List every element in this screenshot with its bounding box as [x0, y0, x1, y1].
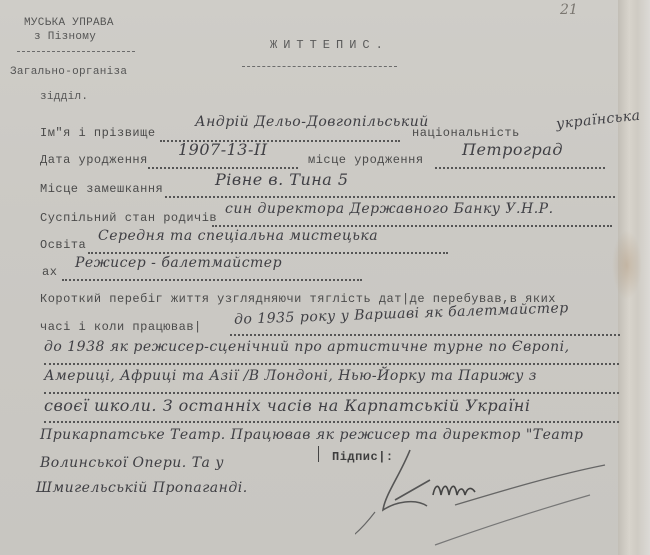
biography-line: до 1938 як режисер-сценічний про артисти… — [44, 339, 570, 355]
field-label-residence: Місце замешкання — [40, 182, 163, 196]
fill-line — [44, 392, 619, 394]
fill-line — [148, 167, 298, 169]
field-value-profession: Режисер - балетмайстер — [75, 255, 282, 271]
field-label-parents-status: Суспільний стан родичів — [40, 211, 217, 225]
fill-line — [62, 279, 362, 281]
biography-line: Америці, Африці та Азії /В Лондоні, Нью-… — [44, 368, 537, 384]
field-value-education: Середня та спеціальна мистецька — [98, 228, 378, 244]
fill-line — [88, 252, 448, 254]
field-label-birthplace: місце уродження — [308, 153, 424, 167]
field-label-name: Ім"я і прізвище — [40, 126, 156, 140]
biography-line: Шмигельській Пропаганді. — [36, 480, 248, 496]
header-rule — [17, 51, 135, 52]
signature-mark — [355, 440, 615, 550]
department-line1: Загально-організа — [10, 66, 127, 78]
document-title: ЖИТТЕПИС. — [270, 38, 389, 52]
field-value-parents-status: син директора Державного Банку У.Н.Р. — [225, 201, 554, 217]
fill-line — [44, 421, 619, 423]
department-line2: зідділ. — [40, 91, 88, 103]
field-value-birthdate: 1907-13-II — [178, 140, 268, 159]
field-label-education: Освіта — [40, 238, 86, 252]
field-value-name: Андрій Дельо-Довгопільський — [195, 114, 429, 130]
office-location: з Пізному — [34, 31, 96, 43]
title-underline — [242, 66, 397, 67]
field-value-residence: Рівне в. Тина 5 — [215, 170, 349, 189]
biography-prompt-line2: часі і коли працював| — [40, 320, 202, 334]
page-number-mark: 21 — [560, 2, 578, 18]
fill-line — [435, 167, 605, 169]
fill-line — [212, 225, 612, 227]
office-name: МУСЬКА УПРАВА — [24, 17, 114, 29]
field-value-birthplace: Петроград — [462, 140, 563, 159]
biography-line: своєї школи. З останніх часів на Карпатс… — [44, 396, 530, 415]
separator-mark — [318, 446, 319, 462]
document-page: 21 МУСЬКА УПРАВА з Пізному Загально-орга… — [0, 0, 640, 555]
fill-line — [165, 196, 615, 198]
field-label-profession: ах — [42, 265, 57, 279]
field-label-birthdate: Дата уродження — [40, 153, 148, 167]
paper-stain — [612, 230, 642, 300]
biography-line: Волинської Опери. Та у — [40, 455, 224, 471]
fill-line — [230, 334, 620, 336]
field-label-nationality: національність — [412, 126, 520, 140]
fill-line — [44, 363, 619, 365]
